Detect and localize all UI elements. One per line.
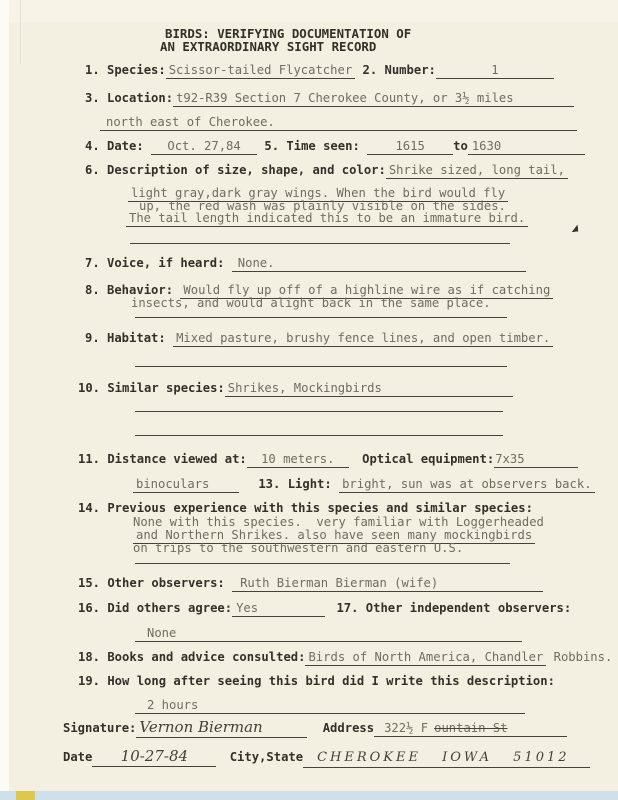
distance-label: 11. Distance viewed at: bbox=[78, 452, 247, 466]
distance-value: 10 meters. bbox=[247, 452, 349, 468]
blank-rule-habitat bbox=[135, 354, 507, 367]
field-writeup-delay: 19. How long after seeing this bird did … bbox=[78, 674, 555, 688]
optical-equipment-value-cont: binoculars bbox=[133, 477, 239, 493]
citystate-value: CHEROKEE IOWA 51012 bbox=[303, 751, 590, 768]
field-species-number: 1. Species:Scissor-tailed Flycatcher 2. … bbox=[85, 63, 554, 79]
writeup-delay-label: 19. How long after seeing this bird did … bbox=[78, 674, 555, 688]
date-label: 4. Date: bbox=[85, 139, 144, 153]
paper-crease bbox=[20, 0, 21, 64]
form-title-line2: AN EXTRAORDINARY SIGHT RECORD bbox=[160, 39, 376, 54]
address-label: Address bbox=[323, 721, 374, 735]
time-to-value: 1630 bbox=[468, 139, 585, 155]
field-books: 18. Books and advice consulted:Birds of … bbox=[78, 650, 612, 664]
footer-date-value: 10-27-84 bbox=[92, 748, 216, 767]
pen-mark bbox=[570, 224, 579, 233]
field-date-time: 4. Date: Oct. 27,84 5. Time seen: 1615to… bbox=[85, 139, 585, 155]
field-voice: 7. Voice, if heard: None. bbox=[85, 256, 526, 272]
other-observers-label: 15. Other observers: bbox=[78, 576, 225, 590]
field-habitat: 9. Habitat: Mixed pasture, brushy fence … bbox=[85, 331, 553, 345]
scan-light-band bbox=[0, 0, 618, 22]
independent-observers-value: None bbox=[135, 626, 522, 642]
light-value: bright, sun was at observers back. bbox=[339, 477, 594, 493]
citystate-label: City,State bbox=[230, 750, 303, 764]
field-location: 3. Location:t92-R39 Section 7 Cherokee C… bbox=[85, 91, 574, 107]
location-value-line1: t92-R39 Section 7 Cherokee County, or 3½… bbox=[173, 91, 574, 107]
location-label: 3. Location: bbox=[85, 91, 173, 105]
description-value-line1: Shrike sized, long tail, bbox=[386, 163, 568, 179]
time-to-word: to bbox=[453, 139, 468, 153]
scan-bottom-edge bbox=[0, 791, 618, 800]
experience-label: 14. Previous experience with this specie… bbox=[78, 501, 533, 515]
species-value: Scissor-tailed Flycatcher bbox=[166, 63, 355, 79]
description-label: 6. Description of size, shape, and color… bbox=[85, 163, 386, 177]
optical-equipment-label: Optical equipment: bbox=[362, 452, 494, 466]
habitat-value: Mixed pasture, brushy fence lines, and o… bbox=[173, 331, 553, 347]
field-similar-species: 10. Similar species:Shrikes, Mockingbird… bbox=[78, 381, 513, 397]
blank-rule-similar1 bbox=[135, 399, 503, 412]
voice-label: 7. Voice, if heard: bbox=[85, 256, 224, 270]
field-other-observers: 15. Other observers: Ruth Bierman Bierma… bbox=[78, 576, 543, 592]
light-label: 13. Light: bbox=[258, 477, 331, 491]
writeup-delay-value: 2 hours bbox=[135, 698, 525, 714]
field-description: 6. Description of size, shape, and color… bbox=[85, 163, 568, 177]
other-observers-value: Ruth Bierman Bierman (wife) bbox=[232, 576, 543, 592]
similar-species-label: 10. Similar species: bbox=[78, 381, 225, 395]
books-value-tail: Robbins. bbox=[546, 650, 612, 664]
blank-rule-experience bbox=[135, 551, 510, 564]
blank-rule-similar2 bbox=[135, 423, 503, 436]
scanned-form-page: BIRDS: VERIFYING DOCUMENTATION OF AN EXT… bbox=[0, 0, 618, 800]
field-experience-line2: and Northern Shrikes. also have seen man… bbox=[133, 528, 535, 542]
field-independent-value: None bbox=[135, 626, 522, 642]
field-writeup-delay-value: 2 hours bbox=[135, 698, 525, 714]
field-signature-address: Signature:Vernon Bierman Address322½ Fou… bbox=[63, 719, 567, 738]
behavior-label: 8. Behavior: bbox=[85, 283, 173, 297]
books-label: 18. Books and advice consulted: bbox=[78, 650, 305, 664]
similar-species-value: Shrikes, Mockingbirds bbox=[225, 381, 513, 397]
field-location-cont: north east of Cherokee. bbox=[100, 115, 577, 131]
species-label: 1. Species: bbox=[85, 63, 166, 77]
scan-left-edge bbox=[0, 0, 9, 800]
date-value: Oct. 27,84 bbox=[151, 139, 257, 155]
voice-value: None. bbox=[232, 256, 526, 272]
field-experience: 14. Previous experience with this specie… bbox=[78, 501, 533, 515]
independent-observers-label: 17. Other independent observers: bbox=[336, 601, 571, 615]
time-from-value: 1615 bbox=[367, 139, 453, 155]
time-seen-label: 5. Time seen: bbox=[264, 139, 359, 153]
description-value-line4: The tail length indicated this to be an … bbox=[126, 211, 528, 227]
location-value-line2: north east of Cherokee. bbox=[100, 115, 577, 131]
experience-value-line1: None with this species. very familiar wi… bbox=[133, 515, 544, 529]
did-others-agree-value: Yes bbox=[232, 601, 325, 617]
signature-value: Vernon Bierman bbox=[136, 719, 307, 738]
field-binoculars-light: binoculars 13. Light: bright, sun was at… bbox=[133, 477, 595, 493]
field-agree-independent: 16. Did others agree:Yes 17. Other indep… bbox=[78, 601, 571, 617]
field-description-cont3: The tail length indicated this to be an … bbox=[126, 211, 528, 225]
signature-label: Signature: bbox=[63, 721, 136, 735]
blank-rule-description bbox=[130, 231, 510, 244]
scan-yellow-patch bbox=[16, 791, 35, 800]
field-experience-line1: None with this species. very familiar wi… bbox=[133, 515, 544, 529]
books-value: Birds of North America, Chandler bbox=[305, 650, 546, 666]
field-date-citystate: Date10-27-84 City,StateCHEROKEE IOWA 510… bbox=[63, 748, 590, 768]
optical-equipment-value: 7x35 bbox=[494, 452, 578, 468]
field-distance-optical: 11. Distance viewed at:10 meters. Optica… bbox=[78, 452, 578, 468]
field-description-cont1: light gray,dark gray wings. When the bir… bbox=[128, 186, 508, 200]
habitat-label: 9. Habitat: bbox=[85, 331, 166, 345]
address-value: 322½ F bbox=[374, 721, 431, 737]
footer-date-label: Date bbox=[63, 750, 92, 764]
did-others-agree-label: 16. Did others agree: bbox=[78, 601, 232, 615]
field-behavior: 8. Behavior: Would fly up off of a highl… bbox=[85, 283, 553, 297]
address-value-struck: ountain St bbox=[431, 721, 567, 737]
blank-rule-behavior bbox=[135, 305, 507, 318]
number-label: 2. Number: bbox=[363, 63, 436, 77]
number-value: 1 bbox=[436, 63, 554, 79]
